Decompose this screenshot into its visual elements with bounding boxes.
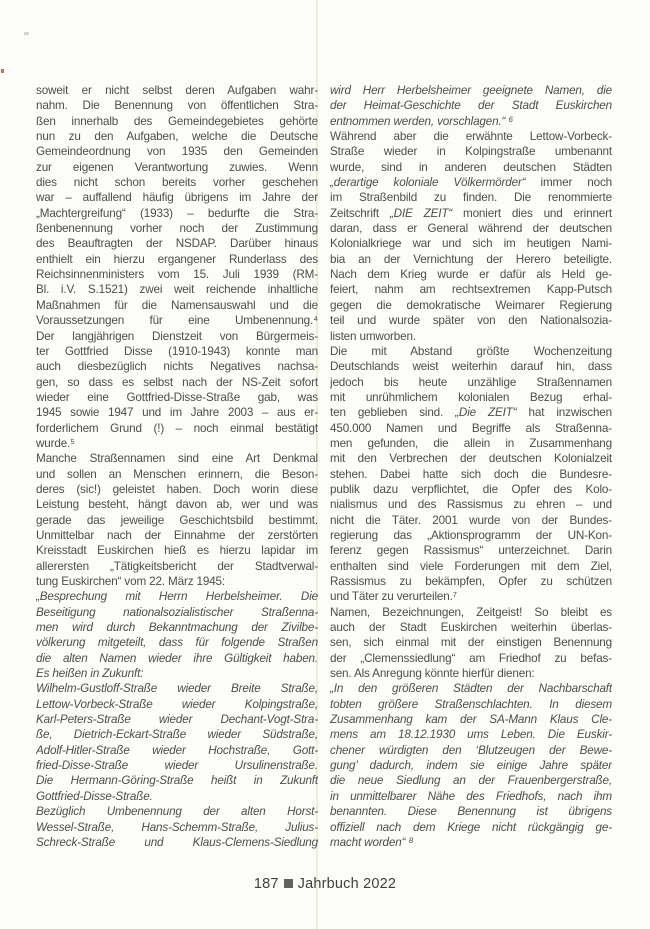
text-line: wurde.⁵ bbox=[36, 436, 318, 451]
text-line: Es heißen in Zukunft: bbox=[36, 666, 318, 681]
text-line: der „Clemenssiedlung“ am Friedhof zu bef… bbox=[330, 651, 612, 666]
text-line: „Machtergreifung“ (1933) – bedurfte die … bbox=[36, 206, 318, 221]
text-line: in unmittelbarer Nähe des Friedhofs, nac… bbox=[330, 789, 612, 804]
text-line: Beseitigung nationalsozialistischer Stra… bbox=[36, 605, 318, 620]
text-line: Adolf-Hitler-Straße wieder Hochstraße, G… bbox=[36, 743, 318, 758]
text-line: tobten größere Straßenschlachten. In die… bbox=[330, 697, 612, 712]
text-line: Kreisstadt Euskirchen hieß es hierzu lap… bbox=[36, 543, 318, 558]
jahrbuch-title: Jahrbuch 2022 bbox=[298, 876, 397, 892]
text-line: Der langjährigen Dienstzeit von Bürgerme… bbox=[36, 329, 318, 344]
text-line: völkerung mitgeteilt, dass für folgende … bbox=[36, 635, 318, 650]
text-line: auch diesbezüglich nichts Negatives nach… bbox=[36, 359, 318, 374]
text-line: mit unrühmlichem kolonialen Bezug erhal- bbox=[330, 390, 612, 405]
text-line: zur eigenen Verantwortung zuwies. Wenn bbox=[36, 160, 318, 175]
text-line: Die Hermann-Göring-Straße heißt in Zukun… bbox=[36, 773, 318, 788]
text-line: enthalten sind viele Forderungen mit dem… bbox=[330, 559, 612, 574]
text-line: wird Herr Herbelsheimer geeignete Namen,… bbox=[330, 83, 612, 98]
text-line: fried-Disse-Straße wieder Ursulinenstraß… bbox=[36, 758, 318, 773]
text-line: bia an der Vernichtung der Herero beteil… bbox=[330, 252, 612, 267]
text-line: stehen. Dabei hatte sich doch die Bundes… bbox=[330, 467, 612, 482]
text-line: Nach dem Krieg wurde er dafür als Held g… bbox=[330, 267, 612, 282]
text-line: Zusammenhang kam der SA-Mann Klaus Cle- bbox=[330, 712, 612, 727]
text-line: Die mit Abstand größte Wochenzeitung bbox=[330, 344, 612, 359]
text-line: sen. Als Anregung könnte hierfür dienen: bbox=[330, 666, 612, 681]
text-line: und Täter zu verurteilen.⁷ bbox=[330, 589, 612, 604]
text-line: Wessel-Straße, Hans-Schemm-Straße, Juliu… bbox=[36, 820, 318, 835]
text-line: gegen die demokratische Weimarer Regieru… bbox=[330, 298, 612, 313]
text-line: nun zu den Aufgaben, welche die Deutsche bbox=[36, 129, 318, 144]
text-line: deres (sic!) geleistet haben. Doch worin… bbox=[36, 482, 318, 497]
text-line: Straße wieder in Kolpingstraße umbenannt bbox=[330, 144, 612, 159]
text-line: Rassismus zu bekämpfen, Opfer zu schütze… bbox=[330, 574, 612, 589]
text-line: jedoch bis heute unzählige Straßennamen bbox=[330, 375, 612, 390]
text-line: 450.000 Namen und Begriffe als Straßenna… bbox=[330, 421, 612, 436]
text-line: tung Euskirchen“ vom 22. März 1945: bbox=[36, 574, 318, 589]
text-line: men gefunden, die allein in Zusammenhang bbox=[330, 436, 612, 451]
text-line: mit den Verbrechen der deutschen Kolonia… bbox=[330, 451, 612, 466]
text-line: enthielt ein hierzu ergangener Runderlas… bbox=[36, 252, 318, 267]
text-line: nicht die Täter. 2001 wurde von der Bund… bbox=[330, 513, 612, 528]
footer-separator-square-icon bbox=[284, 879, 293, 888]
text-line: ßenbenennung vorher noch der Zustimmung bbox=[36, 221, 318, 236]
text-line: benannten. Diese Benennung ist übrigens bbox=[330, 804, 612, 819]
text-line: forderlichem Grund (!) – noch einmal bes… bbox=[36, 421, 318, 436]
text-line: Maßnahmen für die Namensauswahl und die bbox=[36, 298, 318, 313]
text-line: entnommen werden, vorschlagen.“ ⁶ bbox=[330, 114, 612, 129]
text-line: der Heimat-Geschichte der Stadt Euskirch… bbox=[330, 98, 612, 113]
text-line: die alten Namen wieder ihre Gültigkeit h… bbox=[36, 651, 318, 666]
text-line: offiziell nach dem Kriege nicht rückgäng… bbox=[330, 820, 612, 835]
text-line: teil und wurde später von den Nationalso… bbox=[330, 313, 612, 328]
text-line: Unmittelbar nach der Einnahme der zerstö… bbox=[36, 528, 318, 543]
text-line: die neue Siedlung an der Frauenbergerstr… bbox=[330, 773, 612, 788]
book-page: { "page": { "background_color": "#fcfcf9… bbox=[0, 0, 650, 929]
text-line: Gottfried-Disse-Straße. bbox=[36, 789, 318, 804]
text-line: 1945 sowie 1947 und im Jahre 2003 – aus … bbox=[36, 405, 318, 420]
page-footer: 187Jahrbuch 2022 bbox=[0, 876, 650, 892]
text-line: „Besprechung mit Herrn Herbelsheimer. Di… bbox=[36, 589, 318, 604]
text-line: Karl-Peters-Straße wieder Dechant-Vogt-S… bbox=[36, 712, 318, 727]
text-line: Gemeindeordnung von 1935 den Gemeinden bbox=[36, 144, 318, 159]
text-line: Namen, Bezeichnungen, Zeitgeist! So blei… bbox=[330, 605, 612, 620]
text-line: mens am 18.12.1930 ums Leben. Die Euskir… bbox=[330, 727, 612, 742]
text-line: des Beauftragten der NSDAP. Darüber hina… bbox=[36, 236, 318, 251]
text-line: gen, so dass es selbst nach der NS-Zeit … bbox=[36, 375, 318, 390]
text-line: Kolonialkriege war und sich im heutigen … bbox=[330, 236, 612, 251]
text-line: Deutschlands weist weiterhin darauf hin,… bbox=[330, 359, 612, 374]
text-line: daran, dass er General während der deuts… bbox=[330, 221, 612, 236]
text-line: nialismus und des Rassismus zu ehren – u… bbox=[330, 497, 612, 512]
text-line: „In den größeren Städten der Nachbarscha… bbox=[330, 681, 612, 696]
text-line: Voraussetzungen für eine Umbenennung.⁴ bbox=[36, 313, 318, 328]
text-line: Leistung besteht, hängt davon ab, wer un… bbox=[36, 497, 318, 512]
text-line: und sollen an Menschen erinnern, die Bes… bbox=[36, 467, 318, 482]
text-line: macht worden“ ⁸ bbox=[330, 835, 612, 850]
text-line: ferenz gegen Rassismus“ unterzeichnet. D… bbox=[330, 543, 612, 558]
text-line: im Straßenbild zu finden. Die renommiert… bbox=[330, 190, 612, 205]
text-line: Lettow-Vorbeck-Straße wieder Kolpingstra… bbox=[36, 697, 318, 712]
text-column-left: soweit er nicht selbst deren Aufgaben wa… bbox=[36, 83, 318, 850]
text-line: publik dazu verpflichtet, die Opfer des … bbox=[330, 482, 612, 497]
text-line: ße, Dietrich-Eckart-Straße wieder Südstr… bbox=[36, 727, 318, 742]
text-line: allerersten „Tätigkeitsbericht der Stadt… bbox=[36, 559, 318, 574]
text-line: feiert, nahm am rechtsextremen Kapp-Puts… bbox=[330, 282, 612, 297]
text-line: ßen innerhalb des Gemeindegebietes gehör… bbox=[36, 114, 318, 129]
text-line: listen umworben. bbox=[330, 329, 612, 344]
text-line: sen, sich einmal mit der einstigen Benen… bbox=[330, 635, 612, 650]
text-line: regierung das „Aktionsprogramm der UN-Ko… bbox=[330, 528, 612, 543]
text-line: Wilhelm-Gustloff-Straße wieder Breite St… bbox=[36, 681, 318, 696]
text-line: soweit er nicht selbst deren Aufgaben wa… bbox=[36, 83, 318, 98]
text-line: nahm. Die Benennung von öffentlichen Str… bbox=[36, 98, 318, 113]
text-column-right: wird Herr Herbelsheimer geeignete Namen,… bbox=[330, 83, 612, 850]
scan-artifact-speck bbox=[24, 32, 29, 35]
text-line: Zeitschrift „DIE ZEIT“ moniert dies und … bbox=[330, 206, 612, 221]
text-line: war – auffallend häufig übrigens im Jahr… bbox=[36, 190, 318, 205]
text-line: ter Gottfried Disse (1910-1943) konnte m… bbox=[36, 344, 318, 359]
text-line: auch der Stadt Euskirchen weiterhin über… bbox=[330, 620, 612, 635]
text-line: chener würdigten den ‘Blutzeugen der Bew… bbox=[330, 743, 612, 758]
text-line: wurde, sind in anderen deutschen Städten bbox=[330, 160, 612, 175]
text-line: Während aber die erwähnte Lettow-Vorbeck… bbox=[330, 129, 612, 144]
text-line: ten geblieben sind. „Die ZEIT“ hat inzwi… bbox=[330, 405, 612, 420]
text-line: wieder eine Gottfried-Disse-Straße gab, … bbox=[36, 390, 318, 405]
scan-artifact-speck bbox=[1, 69, 4, 73]
text-line: gung’ dadurch, indem sie einige Jahre sp… bbox=[330, 758, 612, 773]
text-line: dies nicht schon bereits vorher geschehe… bbox=[36, 175, 318, 190]
text-line: men wird durch Bekanntmachung der Zivilb… bbox=[36, 620, 318, 635]
text-line: Schreck-Straße und Klaus-Clemens-Siedlun… bbox=[36, 835, 318, 850]
text-line: gerade das jeweilige Geschichtsbild best… bbox=[36, 513, 318, 528]
text-line: „derartige koloniale Völkermörder“ immer… bbox=[330, 175, 612, 190]
text-line: Bezüglich Umbenennung der alten Horst- bbox=[36, 804, 318, 819]
text-line: Reichsinnenministers vom 15. Juli 1939 (… bbox=[36, 267, 318, 282]
text-line: Manche Straßennamen sind eine Art Denkma… bbox=[36, 451, 318, 466]
text-line: Bl. i.V. S.1521) zwei weit reichende inh… bbox=[36, 282, 318, 297]
page-number: 187 bbox=[254, 876, 279, 892]
